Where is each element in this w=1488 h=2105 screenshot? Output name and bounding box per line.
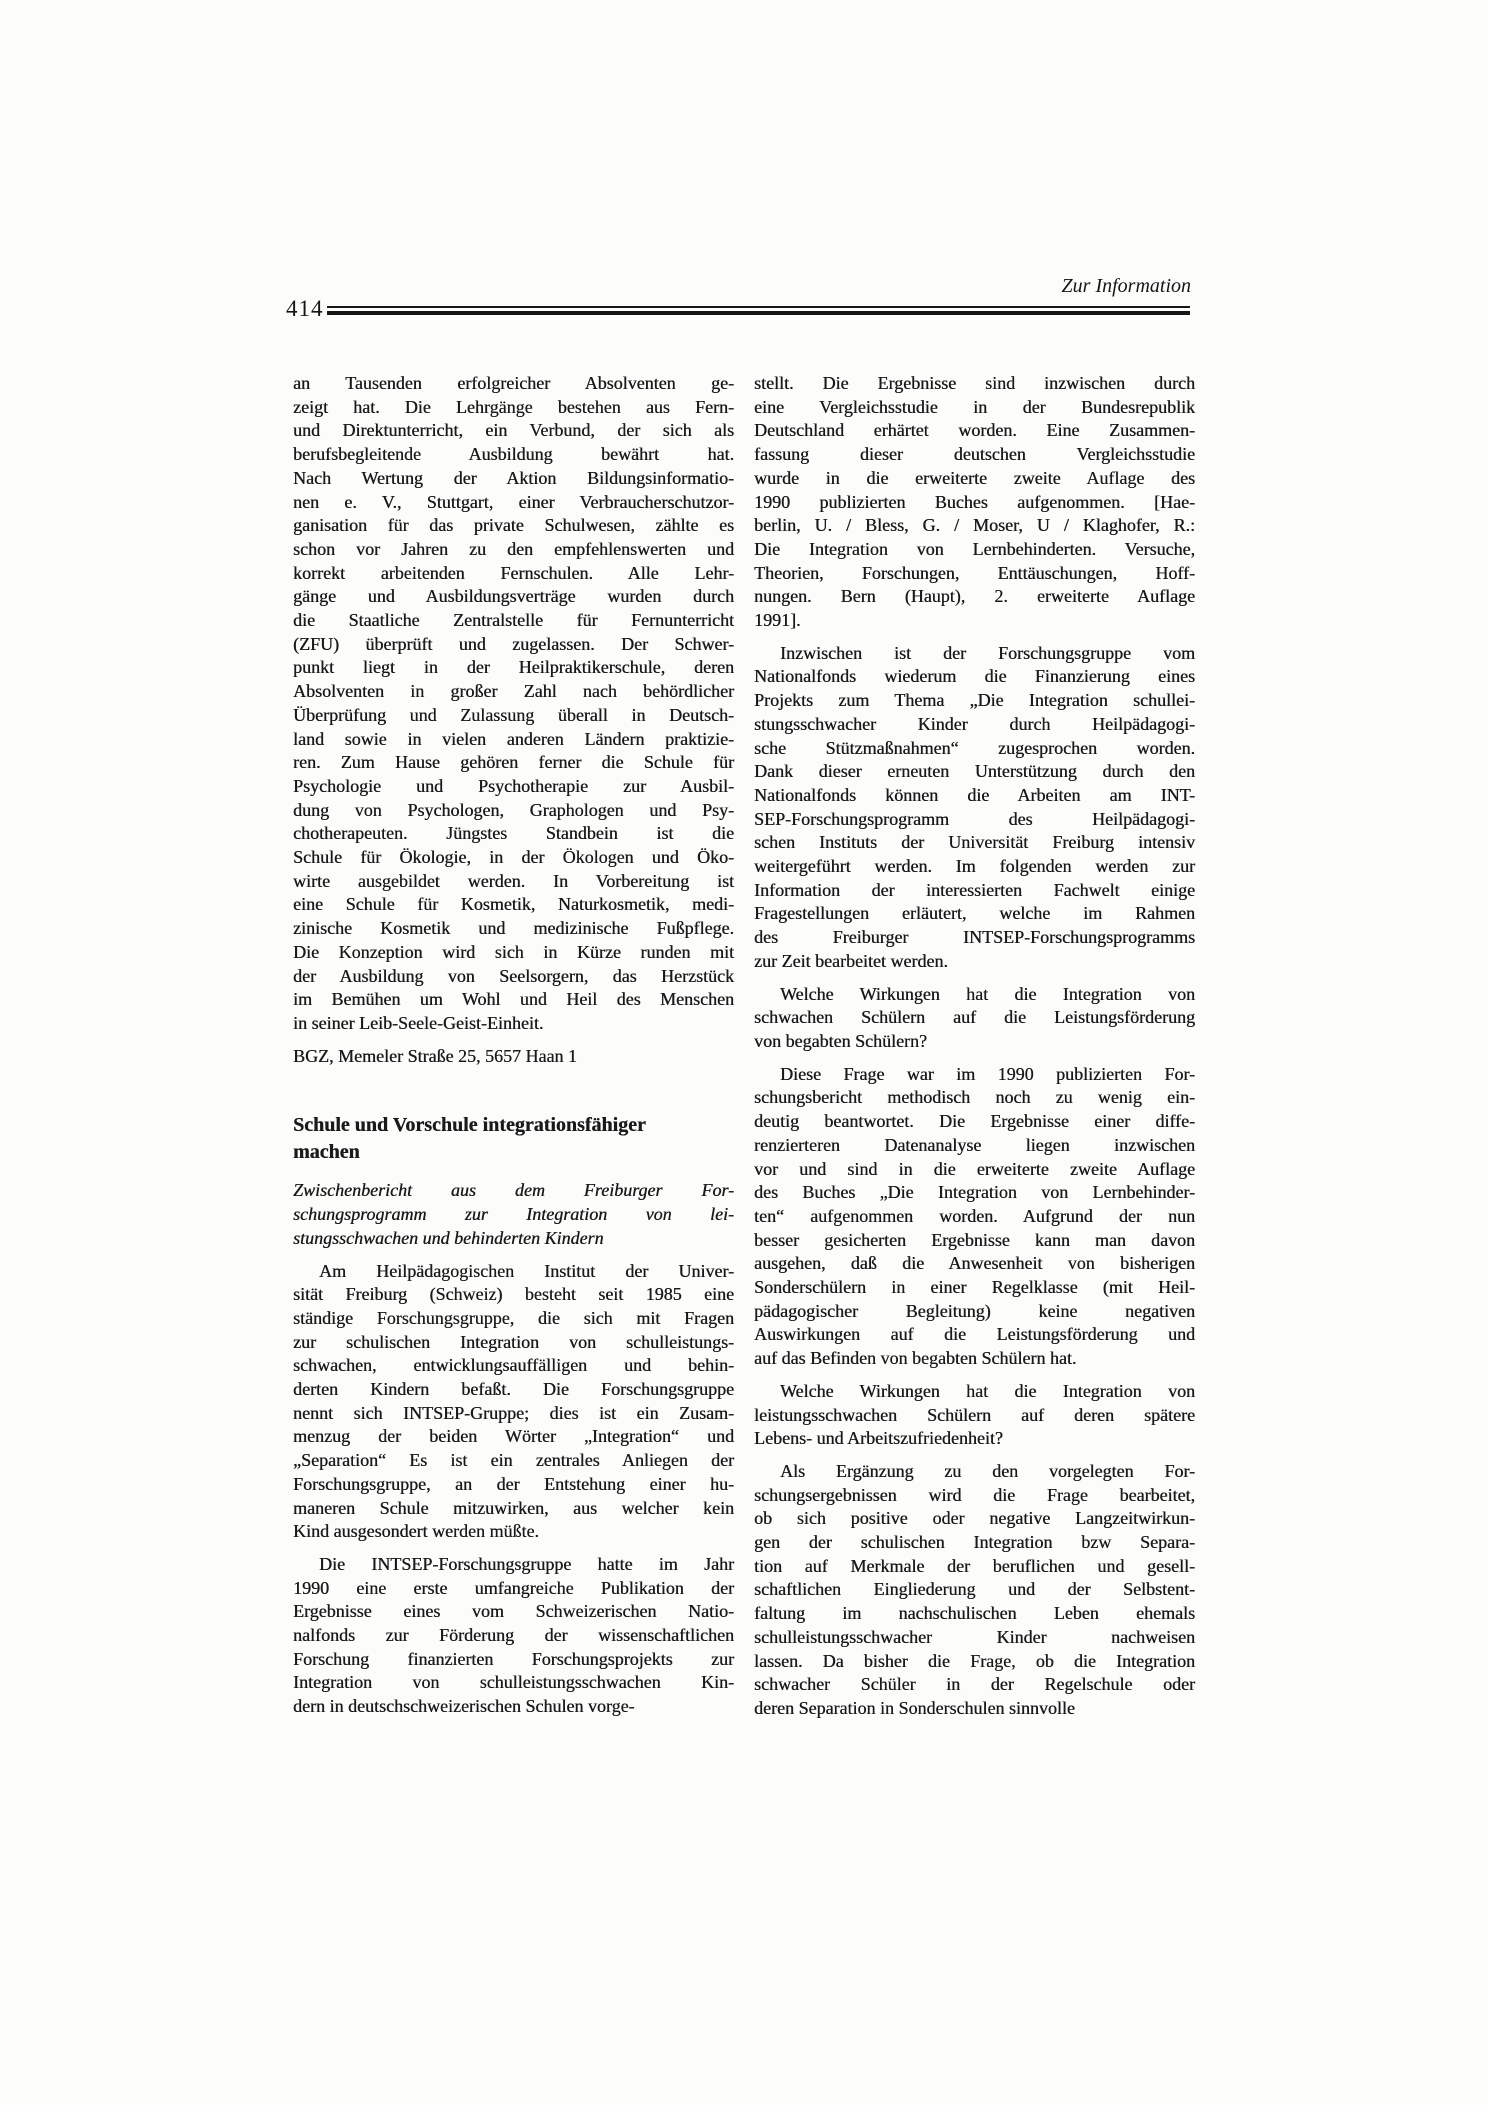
text-line: Lebens- und Arbeitszufriedenheit? [754,1427,1195,1451]
text-line: Integration von schulleistungsschwachen … [293,1671,734,1695]
body-paragraph: Diese Frage war im 1990 publizierten For… [754,1063,1195,1371]
text-line: Welche Wirkungen hat die Integration von [754,983,1195,1007]
article-subtitle: Zwischenbericht aus dem Freiburger For-s… [293,1179,734,1250]
text-line: maneren Schule mitzuwirken, aus welcher … [293,1497,734,1521]
text-line: schaftlichen Eingliederung und der Selbs… [754,1578,1195,1602]
text-line: Psychologie und Psychotherapie zur Ausbi… [293,775,734,799]
text-line: punkt liegt in der Heilpraktikerschule, … [293,656,734,680]
text-line: zur Zeit bearbeitet werden. [754,950,1195,974]
text-line: schungsbericht methodisch noch zu wenig … [754,1086,1195,1110]
text-line: sität Freiburg (Schweiz) besteht seit 19… [293,1283,734,1307]
contact-address: BGZ, Memeler Straße 25, 5657 Haan 1 [293,1045,734,1069]
text-line: BGZ, Memeler Straße 25, 5657 Haan 1 [293,1045,734,1069]
text-line: Schule und Vorschule integrationsfähiger [293,1112,734,1139]
text-line: berufsbegleitende Ausbildung bewährt hat… [293,443,734,467]
text-line: Die INTSEP-Forschungsgruppe hatte im Jah… [293,1553,734,1577]
text-line: von begabten Schülern? [754,1030,1195,1054]
text-line: Die Konzeption wird sich in Kürze runden… [293,941,734,965]
text-line: dern in deutschschweizerischen Schulen v… [293,1695,734,1719]
text-line: stungsschwacher Kinder durch Heilpädagog… [754,713,1195,737]
text-line: zur schulischen Integration von schullei… [293,1331,734,1355]
text-line: Ergebnisse eines vom Schweizerischen Nat… [293,1600,734,1624]
text-line: „Separation“ Es ist ein zentrales Anlieg… [293,1449,734,1473]
body-paragraph: Als Ergänzung zu den vorgelegten For-sch… [754,1460,1195,1721]
scanned-journal-page: 414 Zur Information an Tausenden erfolgr… [0,0,1488,2105]
research-question: Welche Wirkungen hat die Integration von… [754,1380,1195,1451]
text-line: vor und sind in die erweiterte zweite Au… [754,1158,1195,1182]
running-head: Zur Information [1062,275,1191,297]
text-line: deutig beantwortet. Die Ergebnisse einer… [754,1110,1195,1134]
text-line: machen [293,1139,734,1166]
text-line: Schule für Ökologie, in der Ökologen und… [293,846,734,870]
text-line: schungsergebnissen wird die Frage bearbe… [754,1484,1195,1508]
text-line: faltung im nachschulischen Leben ehemals [754,1602,1195,1626]
text-line: Auswirkungen auf die Leistungsförderung … [754,1323,1195,1347]
text-line: deren Separation in Sonderschulen sinnvo… [754,1697,1195,1721]
text-line: schwachen, entwicklungsauffälligen und b… [293,1354,734,1378]
page-number: 414 [286,297,324,320]
text-line: gänge und Ausbildungsverträge wurden dur… [293,585,734,609]
text-line: nen e. V., Stuttgart, einer Verbrauchers… [293,491,734,515]
text-line: Fragestellungen erläutert, welche im Rah… [754,902,1195,926]
text-line: auf das Befinden von begabten Schülern h… [754,1347,1195,1371]
text-line: ten“ aufgenommen worden. Aufgrund der nu… [754,1205,1195,1229]
text-line: und Direktunterricht, ein Verbund, der s… [293,419,734,443]
text-line: schwacher Schüler in der Regelschule ode… [754,1673,1195,1697]
text-line: stellt. Die Ergebnisse sind inzwischen d… [754,372,1195,396]
text-line: der Ausbildung von Seelsorgern, das Herz… [293,965,734,989]
text-line: im Bemühen um Wohl und Heil des Menschen [293,988,734,1012]
text-line: 1990 publizierten Buches aufgenommen. [H… [754,491,1195,515]
text-line: wirte ausgebildet werden. In Vorbereitun… [293,870,734,894]
text-line: schen Instituts der Universität Freiburg… [754,831,1195,855]
text-line: Die Integration von Lernbehinderten. Ver… [754,538,1195,562]
text-line: korrekt arbeitenden Fernschulen. Alle Le… [293,562,734,586]
body-paragraph: Inzwischen ist der Forschungsgruppe vomN… [754,642,1195,974]
text-line: renzierteren Datenanalyse liegen inzwisc… [754,1134,1195,1158]
text-line: die Staatliche Zentralstelle für Fernunt… [293,609,734,633]
text-line: fassung dieser deutschen Vergleichsstudi… [754,443,1195,467]
left-column: an Tausenden erfolgreicher Absolventen g… [293,372,734,1721]
text-line: ren. Zum Hause gehören ferner die Schule… [293,751,734,775]
text-line: chotherapeuten. Jüngstes Standbein ist d… [293,822,734,846]
text-line: weitergeführt werden. Im folgenden werde… [754,855,1195,879]
text-line: 1990 eine erste umfangreiche Publikation… [293,1577,734,1601]
text-line: nennt sich INTSEP-Gruppe; dies ist ein Z… [293,1402,734,1426]
text-line: berlin, U. / Bless, G. / Moser, U / Klag… [754,514,1195,538]
text-line: Dank dieser erneuten Unterstützung durch… [754,760,1195,784]
text-line: nalfonds zur Förderung der wissenschaftl… [293,1624,734,1648]
text-line: Am Heilpädagogischen Institut der Univer… [293,1260,734,1284]
body-paragraph: stellt. Die Ergebnisse sind inzwischen d… [754,372,1195,633]
text-line: Nationalfonds können die Arbeiten am INT… [754,784,1195,808]
text-line: Inzwischen ist der Forschungsgruppe vom [754,642,1195,666]
text-line: Information der interessierten Fachwelt … [754,879,1195,903]
right-column: stellt. Die Ergebnisse sind inzwischen d… [754,372,1195,1721]
text-line: lassen. Da bisher die Frage, ob die Inte… [754,1650,1195,1674]
text-line: ausgehen, daß die Anwesenheit von bisher… [754,1252,1195,1276]
text-line: SEP-Forschungsprogramm des Heilpädagogi- [754,808,1195,832]
text-line: zinische Kosmetik und medizinische Fußpf… [293,917,734,941]
text-line: schulleistungsschwacher Kinder nachweise… [754,1626,1195,1650]
text-line: dung von Psychologen, Graphologen und Ps… [293,799,734,823]
text-line: ob sich positive oder negative Langzeitw… [754,1507,1195,1531]
text-columns: an Tausenden erfolgreicher Absolventen g… [293,372,1195,1721]
text-line: gen der schulischen Integration bzw Sepa… [754,1531,1195,1555]
text-line: Zwischenbericht aus dem Freiburger For- [293,1179,734,1203]
text-line: Überprüfung und Zulassung überall in Deu… [293,704,734,728]
text-line: Als Ergänzung zu den vorgelegten For- [754,1460,1195,1484]
text-line: an Tausenden erfolgreicher Absolventen g… [293,372,734,396]
text-line: Forschung finanzierten Forschungsprojekt… [293,1648,734,1672]
article-heading: Schule und Vorschule integrationsfähiger… [293,1112,734,1166]
text-line: des Buches „Die Integration von Lernbehi… [754,1181,1195,1205]
text-line: schwachen Schülern auf die Leistungsförd… [754,1006,1195,1030]
text-line: derten Kindern befaßt. Die Forschungsgru… [293,1378,734,1402]
text-line: besser gesicherten Ergebnisse kann man d… [754,1229,1195,1253]
text-line: 1991]. [754,609,1195,633]
text-line: stungsschwachen und behinderten Kindern [293,1227,734,1251]
text-line: wurde in die erweiterte zweite Auflage d… [754,467,1195,491]
text-line: sche Stützmaßnahmen“ zugesprochen worden… [754,737,1195,761]
text-line: schon vor Jahren zu den empfehlenswerten… [293,538,734,562]
text-line: Nationalfonds wiederum die Finanzierung … [754,665,1195,689]
text-line: Theorien, Forschungen, Enttäuschungen, H… [754,562,1195,586]
header-rule [327,306,1190,315]
text-line: menzug der beiden Wörter „Integration“ u… [293,1425,734,1449]
text-line: in seiner Leib-Seele-Geist-Einheit. [293,1012,734,1036]
text-line: ganisation für das private Schulwesen, z… [293,514,734,538]
text-line: Welche Wirkungen hat die Integration von [754,1380,1195,1404]
text-line: Forschungsgruppe, an der Entstehung eine… [293,1473,734,1497]
text-line: Projekts zum Thema „Die Integration schu… [754,689,1195,713]
text-line: (ZFU) überprüft und zugelassen. Der Schw… [293,633,734,657]
text-line: Diese Frage war im 1990 publizierten For… [754,1063,1195,1087]
body-paragraph: Die INTSEP-Forschungsgruppe hatte im Jah… [293,1553,734,1719]
text-line: nungen. Bern (Haupt), 2. erweiterte Aufl… [754,585,1195,609]
text-line: pädagogischer Begleitung) keine negative… [754,1300,1195,1324]
text-line: ständige Forschungsgruppe, die sich mit … [293,1307,734,1331]
text-line: eine Schule für Kosmetik, Naturkosmetik,… [293,893,734,917]
body-paragraph: an Tausenden erfolgreicher Absolventen g… [293,372,734,1036]
text-line: eine Vergleichsstudie in der Bundesrepub… [754,396,1195,420]
text-line: land sowie in vielen anderen Ländern pra… [293,728,734,752]
text-line: leistungsschwachen Schülern auf deren sp… [754,1404,1195,1428]
text-line: Nach Wertung der Aktion Bildungsinformat… [293,467,734,491]
research-question: Welche Wirkungen hat die Integration von… [754,983,1195,1054]
text-line: Kind ausgesondert werden müßte. [293,1520,734,1544]
text-line: schungsprogramm zur Integration von lei- [293,1203,734,1227]
text-line: Sonderschülern in einer Regelklasse (mit… [754,1276,1195,1300]
text-line: tion auf Merkmale der beruflichen und ge… [754,1555,1195,1579]
text-line: des Freiburger INTSEP-Forschungsprogramm… [754,926,1195,950]
body-paragraph: Am Heilpädagogischen Institut der Univer… [293,1260,734,1544]
text-line: zeigt hat. Die Lehrgänge bestehen aus Fe… [293,396,734,420]
text-line: Absolventen in großer Zahl nach behördli… [293,680,734,704]
text-line: Deutschland erhärtet worden. Eine Zusamm… [754,419,1195,443]
